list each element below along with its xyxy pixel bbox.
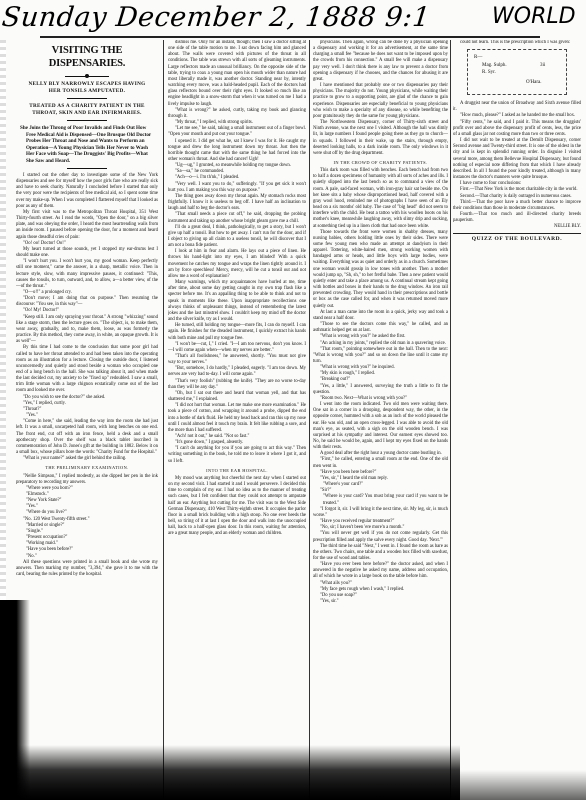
col4-intro: could not learn. This is the prescriptio… [453, 40, 581, 46]
column-1: VISITING THE DISPENSARIES. NELLY BLY NAR… [16, 40, 158, 800]
ornament-divider [65, 76, 109, 77]
paragraph: "Where is your card? You must bring your… [313, 494, 448, 506]
paragraph: "An aching in my joints," replied the ol… [313, 341, 448, 347]
handwritten-paper-name: WORLD [492, 4, 576, 29]
paragraph: "Very well. I want you to do," suffering… [168, 182, 306, 194]
paragraph: This dark room was filled with benches. … [313, 168, 448, 230]
paragraph: "I did not hurt that woman. Let me make … [168, 403, 306, 434]
newspaper-page: Sunday December 2, 1888 9:1 WORLD VISITI… [0, 0, 586, 800]
article-subhead-1: NELLY BLY NARROWLY ESCAPES HAVING HER TO… [22, 81, 152, 94]
dash-divider [67, 168, 107, 169]
dash-divider [67, 120, 107, 121]
paragraph: "You will never get well if you do not c… [313, 531, 448, 543]
section-heading: THE PRELIMINARY EXAMINATION. [16, 465, 158, 471]
paragraph: "Let me see," he said, taking a small in… [168, 126, 306, 138]
paragraph: "Come in here," she said, leading the wa… [16, 419, 158, 456]
paragraph: My mood was anything but cheerful the ne… [168, 476, 306, 538]
paragraph: I look at him in fear and alarm. He lays… [168, 249, 306, 280]
next-article-heading: QUIZZ OF THE BOULEVARD. [453, 233, 581, 242]
col1-body: I started out the other day to investiga… [16, 173, 158, 462]
paragraph: "Have you ever been here before?" the do… [313, 562, 448, 580]
column-2: dismiss me. Only for an instant, though;… [168, 40, 306, 800]
dash-divider [67, 98, 107, 99]
paragraph: "That small needs a piece cut off," he s… [168, 212, 306, 224]
paragraph: My first visit was to the Metropolitan T… [16, 210, 158, 241]
paragraph: "Nellie Simpson," I replied modestly, as… [16, 474, 158, 486]
col3-body: physicians. Then again, wrong can be don… [313, 40, 448, 157]
paragraph: physicians. Then again, wrong can be don… [313, 40, 448, 83]
paragraph: "I won't hurt you. I won't hurt you, my … [16, 259, 158, 290]
paragraph: Those towards the front were women in sh… [313, 230, 448, 310]
paragraph: "I can't do anything for you if you are … [168, 446, 306, 464]
paragraph: He turned, still holding my tongue—more … [168, 323, 306, 341]
col1-exam: "Nellie Simpson," I replied modestly, as… [16, 474, 158, 579]
paragraph: Second.—That charity is daily outraged i… [453, 194, 581, 200]
paragraph: I opened it. I did get what he, sat I kn… [168, 139, 306, 164]
top-rule [40, 36, 540, 38]
paragraph: Many warnings, which my acquaintances ha… [168, 280, 306, 323]
column-divider [163, 40, 164, 800]
paragraph: I went into the room indicated. Two old … [313, 402, 448, 451]
paragraph: My heart turned at those sounds, yet I s… [16, 247, 158, 259]
rx-line-4: O'Hara. [526, 80, 541, 86]
rx-line-1: R— [474, 55, 482, 61]
col2-ear: My mood was anything but cheerful the ne… [168, 476, 306, 538]
paragraph: First.—That New York is the most charita… [453, 187, 581, 193]
paragraph: "Yes, a little," I answered, surveying t… [313, 384, 448, 396]
column-divider [450, 40, 451, 800]
paragraph: I have mentioned that probably one or tw… [313, 83, 448, 120]
article-headline: VISITING THE DISPENSARIES. [16, 44, 158, 70]
paragraph: "I won't be—cut, I," I cried. "I—I am to… [168, 342, 306, 354]
paragraph: A druggist near the union of Broadway an… [453, 101, 581, 113]
paragraph: "That's all foolishness," he answered, s… [168, 354, 306, 366]
paragraph: The thing goes away down my throat again… [168, 194, 306, 212]
column-divider [309, 40, 310, 800]
column-4: could not learn. This is the prescriptio… [453, 40, 581, 400]
paragraph: "Don't move; I am doing that on purpose.… [16, 296, 158, 308]
rx-line-2-qty: 3ii [540, 63, 545, 69]
paragraph: "I forgot it, sir. I will bring it the n… [313, 507, 448, 519]
article-deck: She Joins the Throng of Poor Invalids an… [26, 125, 154, 164]
signature: NELLIE BLY. [453, 224, 581, 230]
paragraph: "That's very foolish" (rubbing the knife… [168, 379, 306, 391]
handwritten-date: Sunday December 2, 1888 9:1 [0, 2, 431, 33]
paragraph: "Yes, sir." [313, 599, 448, 605]
paragraph: "How much, please?" I asked as he handed… [453, 113, 581, 119]
paragraph: "Keep still. I am only spraying your thr… [16, 315, 158, 346]
paragraph: "What is your name?" asked the girl behi… [16, 456, 158, 462]
paragraph: At last a man came into the room in a qu… [313, 310, 448, 322]
column-3: physicians. Then again, wrong can be don… [313, 40, 448, 800]
paragraph: "But, somehow, I do hardly," I pleaded, … [168, 366, 306, 378]
prescription-box: R— Mag. Sulph. 3ii R. Syr. O'Hara. [467, 49, 567, 95]
paragraph: The third time he said "Next," I went in… [313, 544, 448, 562]
section-heading: INTO THE EAR HOSPITAL. [168, 468, 306, 474]
paragraph: Third.—That the poor have a much better … [453, 200, 581, 212]
article-subhead-2: TREATED AS A CHARITY PATIENT IN THE THRO… [22, 103, 152, 116]
paragraph: Fourth.—That too much and ill-directed c… [453, 212, 581, 224]
scan-margin-noise [0, 40, 6, 640]
paragraph: All these questions were printed in a sm… [16, 560, 158, 578]
paragraph: "First," he called, entering a small roo… [313, 457, 448, 469]
paragraph: I did not wait to be treated at the Demi… [453, 138, 581, 181]
col4-body: A druggist near the union of Broadway an… [453, 101, 581, 224]
paragraph: By this time I had come to the conclusio… [16, 345, 158, 394]
paragraph: "Oh, but I sat out there and heard that … [168, 391, 306, 403]
paragraph: "That room," pointing somewhere out in t… [313, 347, 448, 365]
col3-more: This dark room was filled with benches. … [313, 168, 448, 605]
section-heading: IN THE CROWD OF CHARITY PATIENTS. [313, 160, 448, 166]
paragraph: dismiss me. Only for an instant, though;… [168, 40, 306, 108]
col2-body: dismiss me. Only for an instant, though;… [168, 40, 306, 465]
paragraph: The Northwestern Dispensary, corner of T… [313, 120, 448, 157]
paragraph: "Those to see the doctors come this way,… [313, 322, 448, 334]
paragraph: I started out the other day to investiga… [16, 173, 158, 210]
paragraph: "Fifty cents," he said, and I paid it. T… [453, 120, 581, 138]
paragraph: "What is wrong?" he asked, curtly, takin… [168, 108, 306, 120]
paragraph: I'll do a great deal, I think, pathologi… [168, 225, 306, 250]
rx-line-2: Mag. Sulph. [482, 63, 507, 69]
rx-line-3: R. Syr. [482, 70, 496, 76]
